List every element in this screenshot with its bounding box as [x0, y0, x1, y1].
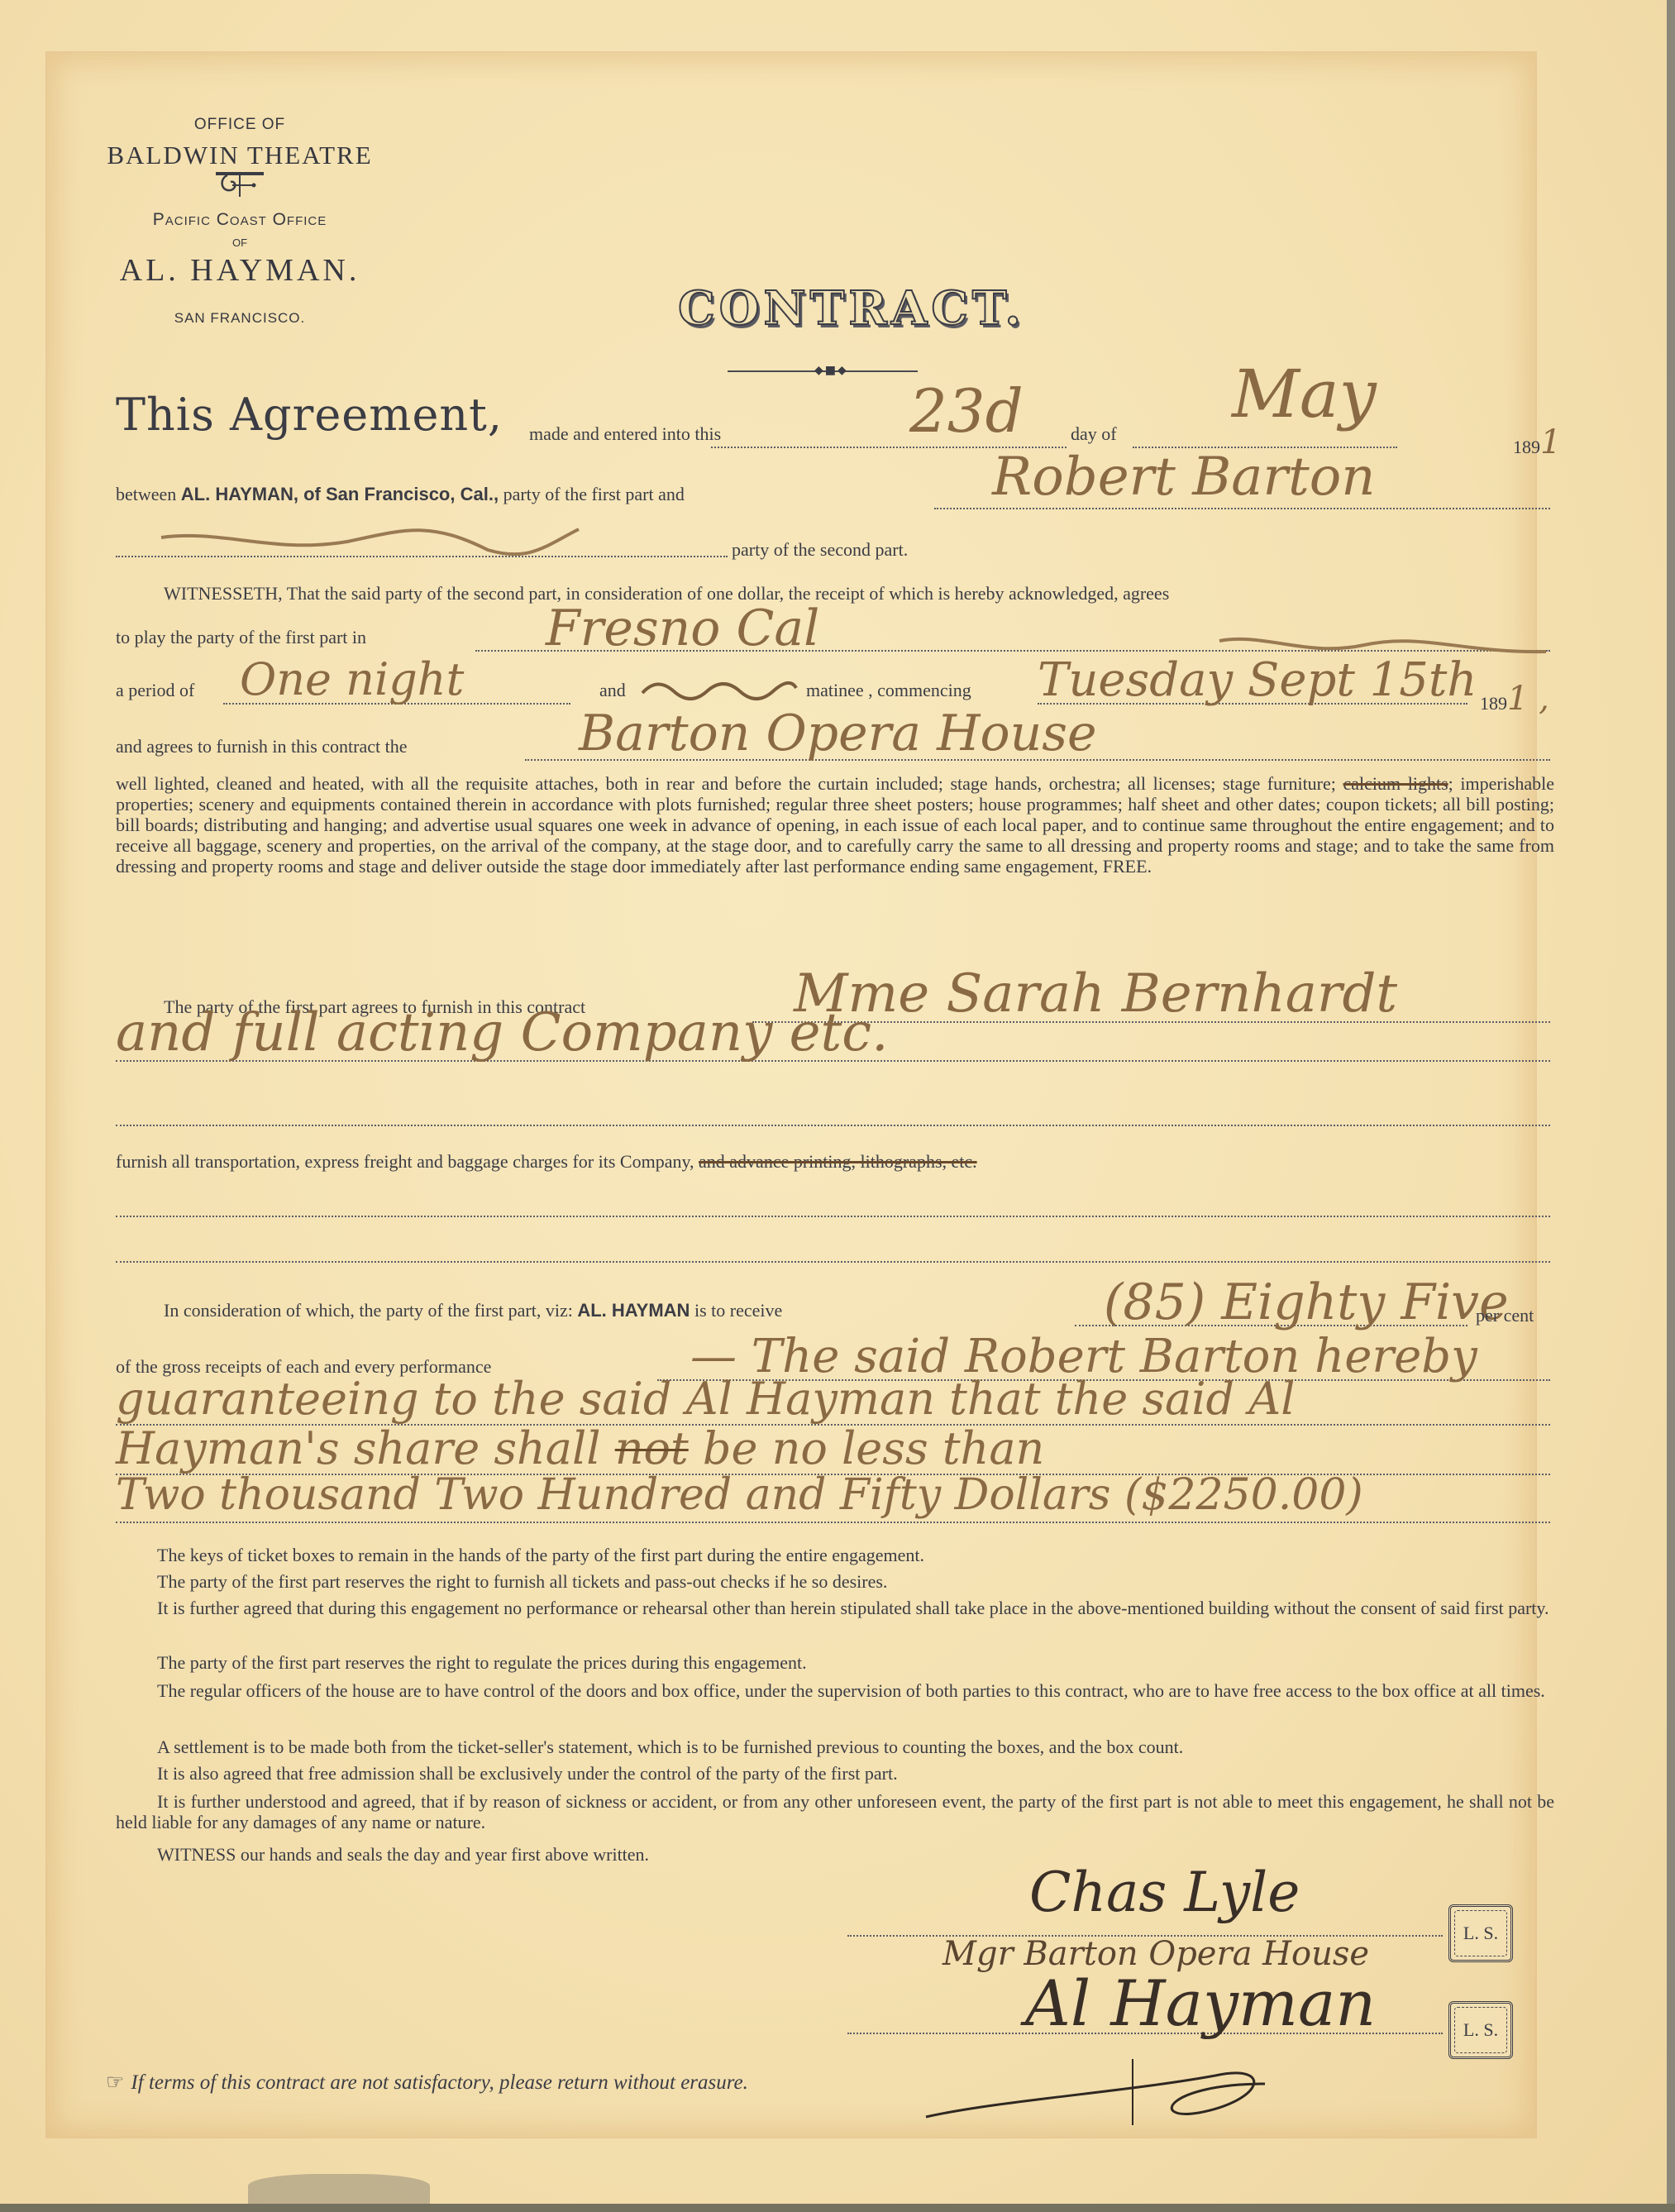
- consideration-label: In consideration of which, the party of …: [164, 1300, 573, 1321]
- clause-8: It is further understood and agreed, tha…: [116, 1791, 1554, 1832]
- handwritten-line-3[interactable]: Hayman's share shall not be no less than: [116, 1422, 1044, 1474]
- clause-4: The party of the first part reserves the…: [116, 1652, 1554, 1673]
- day-of-label: day of: [1071, 423, 1117, 445]
- terms-paragraph: well lighted, cleaned and heated, with a…: [116, 773, 1554, 877]
- consideration-name: AL. HAYMAN: [577, 1300, 690, 1321]
- handwritten-line-4[interactable]: Two thousand Two Hundred and Fifty Dolla…: [116, 1470, 1363, 1520]
- struck-text: calcium lights: [1343, 773, 1448, 794]
- first-party-name: AL. HAYMAN, of San Francisco, Cal.,: [181, 484, 499, 504]
- seal-box-1: L. S.: [1448, 1904, 1513, 1962]
- letterhead-of: OF: [103, 236, 376, 249]
- signature-2[interactable]: Al Hayman: [1025, 1966, 1376, 2040]
- document-title: CONTRACT.: [628, 281, 1075, 336]
- and-label: and: [599, 680, 626, 701]
- divider-ornament-icon: ◆■◆: [814, 364, 848, 377]
- scan-edge-right: [1667, 0, 1675, 2212]
- clause-7: It is also agreed that free admission sh…: [116, 1763, 1554, 1784]
- footer-note-text: If terms of this contract are not satisf…: [131, 2071, 747, 2094]
- blank-squiggle-icon: [641, 676, 798, 701]
- hw-struck-not: not: [615, 1422, 689, 1474]
- letterhead-office-of: OFFICE OF: [103, 116, 376, 134]
- commencing-year-prefix: 189: [1480, 693, 1507, 714]
- clause-2: The party of the first part reserves the…: [116, 1571, 1554, 1592]
- letterhead-pacific-office: Pacific Coast Office: [103, 210, 376, 230]
- agreement-heading: This Agreement,: [116, 389, 503, 441]
- hw-share-text: Hayman's share shall: [116, 1422, 601, 1474]
- seal-box-2: L. S.: [1448, 2001, 1513, 2059]
- handwritten-line-2[interactable]: guaranteeing to the said Al Hayman that …: [116, 1373, 1296, 1425]
- clause-1: The keys of ticket boxes to remain in th…: [116, 1545, 1554, 1565]
- between-label: between: [116, 484, 176, 504]
- second-party-field[interactable]: Robert Barton: [992, 447, 1375, 508]
- signature-flourish-icon: [918, 2051, 1298, 2133]
- play-label: to play the party of the first part in: [116, 627, 366, 648]
- clause-6: A settlement is to be made both from the…: [116, 1737, 1554, 1757]
- receive-label: is to receive: [694, 1300, 782, 1321]
- clause-5: The regular officers of the house are to…: [116, 1680, 1554, 1701]
- furnish-value-line2[interactable]: and full acting Company etc.: [116, 1002, 888, 1063]
- letterhead-theatre: BALDWIN THEATRE: [103, 141, 376, 170]
- transport-struck-text: and advance printing, lithographs, etc.: [699, 1151, 977, 1172]
- first-party-label: party of the first part and: [503, 484, 685, 504]
- clause-3: It is further agreed that during this en…: [116, 1598, 1554, 1618]
- furnish-label: and agrees to furnish in this contract t…: [116, 736, 408, 757]
- letterhead-city: SAN FRANCISCO.: [103, 310, 376, 327]
- matinee-label: matinee , commencing: [806, 680, 971, 701]
- blank-line-2: [116, 1261, 1550, 1263]
- hw-no-less-text: be no less than: [703, 1422, 1044, 1474]
- second-party-label: party of the second part.: [732, 539, 908, 561]
- year-prefix: 189: [1513, 437, 1540, 457]
- venue-field[interactable]: Barton Opera House: [579, 705, 1097, 762]
- clause-9: WITNESS our hands and seals the day and …: [116, 1844, 1554, 1865]
- letterhead: OFFICE OF BALDWIN THEATRE Pacific Coast …: [103, 116, 376, 327]
- seal-label-1: L. S.: [1463, 1923, 1498, 1944]
- furnish-line-3: [116, 1125, 1550, 1126]
- signature-1[interactable]: Chas Lyle: [1029, 1861, 1300, 1924]
- seal-label-2: L. S.: [1463, 2019, 1498, 2041]
- letterhead-name: AL. HAYMAN.: [103, 252, 376, 289]
- hw-line-4: [116, 1522, 1550, 1523]
- pointing-hand-icon: ☞: [106, 2071, 124, 2094]
- percent-field[interactable]: (85) Eighty Five: [1104, 1273, 1509, 1331]
- year-suffix-field[interactable]: 1: [1540, 423, 1561, 461]
- day-field[interactable]: 23d: [909, 376, 1024, 446]
- month-field[interactable]: May: [1232, 356, 1377, 432]
- paper-wear: [248, 2174, 430, 2204]
- second-party-line: [934, 508, 1550, 509]
- footer-note: ☞If terms of this contract are not satis…: [106, 2070, 748, 2095]
- period-label: a period of: [116, 680, 194, 701]
- commencing-year-field[interactable]: 1 ,: [1507, 680, 1549, 718]
- place-field[interactable]: Fresno Cal: [546, 600, 819, 657]
- made-label: made and entered into this: [529, 423, 721, 445]
- per-cent-label: per cent: [1476, 1305, 1534, 1326]
- scan-edge-bottom: [0, 2204, 1675, 2212]
- blank-line-1: [116, 1216, 1550, 1217]
- commencing-field[interactable]: Tuesday Sept 15th: [1038, 653, 1477, 707]
- transport-text: furnish all transportation, express frei…: [116, 1151, 699, 1172]
- period-field[interactable]: One night: [240, 653, 464, 705]
- scroll-ornament-icon: [103, 170, 376, 202]
- second-party-line-2: [116, 556, 728, 557]
- terms-text-a: well lighted, cleaned and heated, with a…: [116, 773, 1343, 794]
